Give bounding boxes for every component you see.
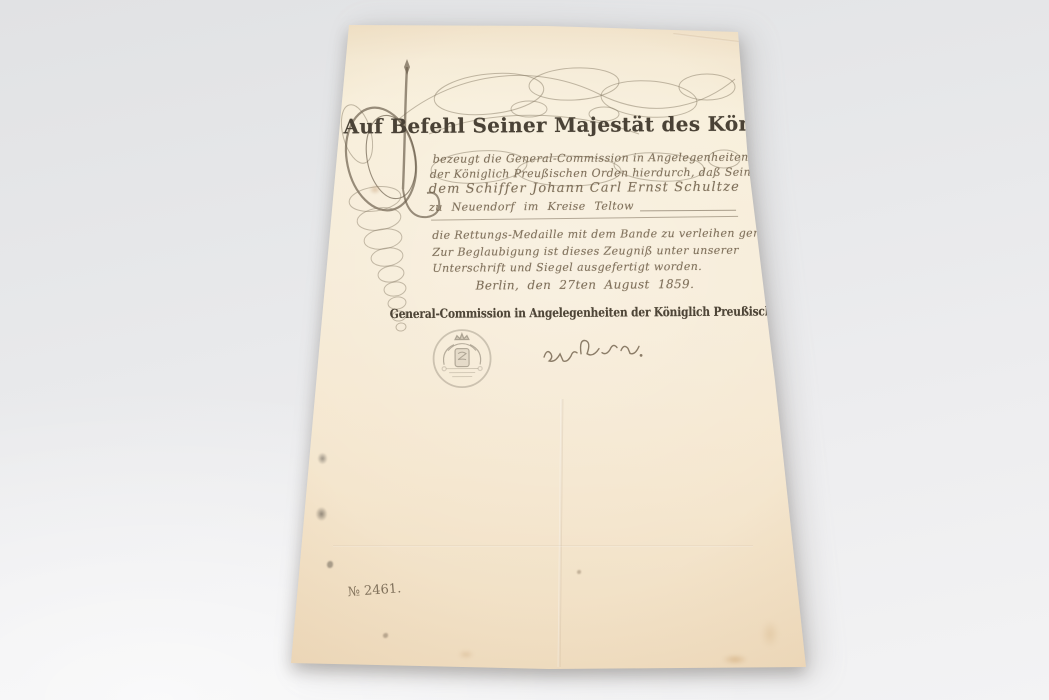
body-line: Unterschrift und Siegel ausgefertigt wor… — [432, 260, 702, 275]
place-line: zu Neuendorf im Kreise Teltow — [429, 199, 634, 213]
bottom-edge-stain — [456, 649, 476, 660]
foxing-stain — [367, 183, 383, 196]
ink-smudge — [316, 451, 329, 466]
paper-shadow: Auf Befehl Seiner Majestät des Königs be… — [291, 21, 808, 673]
separator-rule — [431, 216, 738, 221]
speck-stain — [383, 633, 388, 638]
official-seal-icon — [430, 326, 494, 390]
speck-stain — [577, 570, 581, 574]
ink-smudge — [314, 505, 329, 523]
certificate-paper: Auf Befehl Seiner Majestät des Königs be… — [291, 21, 808, 673]
fold-crease-horizontal — [333, 545, 753, 547]
body-line: der Königlich Preußischen Orden hierdurc… — [430, 165, 814, 181]
blank-filler-line — [640, 210, 736, 212]
speck-stain — [327, 561, 333, 568]
issuer-commission-line: General-Commission in Angelegenheiten de… — [390, 303, 826, 321]
date-line: Berlin, den 27ten August 1859. — [476, 277, 695, 293]
body-line: die Rettungs-Medaille mit dem Bande zu v… — [432, 226, 822, 242]
header-command-line: Auf Befehl Seiner Majestät des Königs — [343, 112, 743, 139]
serial-number: № 2461. — [347, 581, 402, 600]
certificate-content: Auf Befehl Seiner Majestät des Königs be… — [289, 19, 811, 675]
corner-stain — [759, 617, 781, 651]
photo-of-certificate: Auf Befehl Seiner Majestät des Königs be… — [0, 0, 1049, 700]
body-line: Zur Beglaubigung ist dieses Zeugniß unte… — [432, 244, 739, 259]
signature-icon — [540, 329, 646, 372]
bottom-edge-stain — [719, 653, 751, 666]
body-line: bezeugt die General-Commission in Angele… — [433, 151, 749, 166]
recipient-name-line: dem Schiffer Johann Carl Ernst Schultze — [429, 180, 740, 197]
